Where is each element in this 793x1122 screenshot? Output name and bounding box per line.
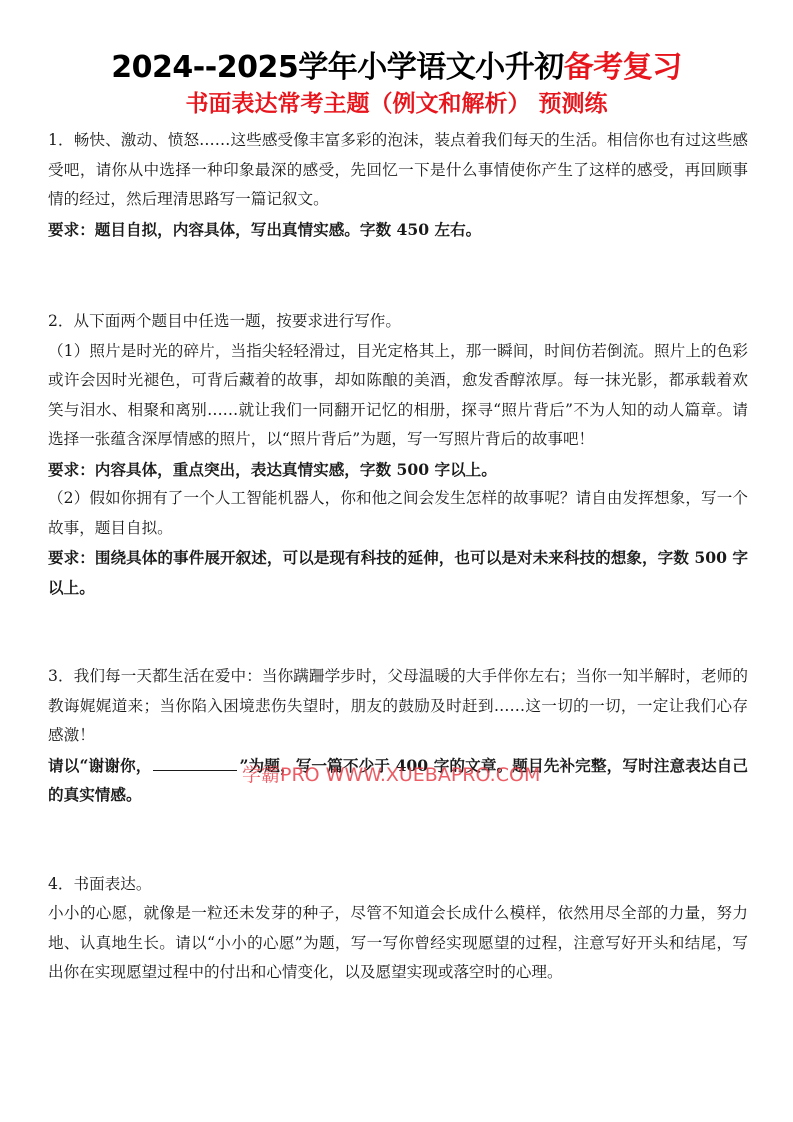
spacer [48, 810, 748, 870]
question-4: 4．书面表达。 小小的心愿，就像是一粒还未发芽的种子，尽管不知道会长成什么模样，… [48, 870, 748, 988]
question-3-requirement-start: 请以“谢谢你， [48, 756, 151, 775]
question-2-option-1: （1）照片是时光的碎片，当指尖轻轻滑过，目光定格其上，那一瞬间，时间仿若倒流。照… [48, 337, 748, 455]
question-3-requirement: 请以“谢谢你，”为题，写一篇不少于 400 字的文章。题目先补完整，写时注意表达… [48, 751, 748, 810]
spacer [48, 244, 748, 307]
page-title: 2024--2025学年小学语文小升初备考复习 [0, 50, 793, 86]
question-1: 1．畅快、激动、愤怒……这些感受像丰富多彩的泡沫，装点着我们每天的生活。相信你也… [48, 126, 748, 244]
fill-in-blank [153, 752, 237, 771]
question-4-body: 小小的心愿，就像是一粒还未发芽的种子，尽管不知道会长成什么模样，依然用尽全部的力… [48, 899, 748, 988]
question-2-option-1-requirement: 要求：内容具体，重点突出，表达真情实感，字数 500 字以上。 [48, 455, 748, 485]
document-body: 1．畅快、激动、愤怒……这些感受像丰富多彩的泡沫，装点着我们每天的生活。相信你也… [48, 126, 748, 988]
title-red-part: 备考复习 [564, 50, 682, 85]
question-2: 2．从下面两个题目中任选一题，按要求进行写作。 （1）照片是时光的碎片，当指尖轻… [48, 307, 748, 602]
question-2-option-2-requirement: 要求：围绕具体的事件展开叙述，可以是现有科技的延伸，也可以是对未来科技的想象，字… [48, 543, 748, 602]
question-4-prompt: 4．书面表达。 [48, 870, 748, 900]
question-3-prompt: 3．我们每一天都生活在爱中：当你蹒跚学步时，父母温暖的大手伴你左右；当你一知半解… [48, 662, 748, 751]
question-2-option-2: （2）假如你拥有了一个人工智能机器人，你和他之间会发生怎样的故事呢？请自由发挥想… [48, 484, 748, 543]
question-1-requirement: 要求：题目自拟，内容具体，写出真情实感。字数 450 左右。 [48, 215, 748, 245]
title-black-part: 2024--2025学年小学语文小升初 [111, 50, 563, 85]
question-1-prompt: 1．畅快、激动、愤怒……这些感受像丰富多彩的泡沫，装点着我们每天的生活。相信你也… [48, 126, 748, 215]
page-subtitle: 书面表达常考主题（例文和解析） 预测练 [0, 88, 793, 120]
question-3: 3．我们每一天都生活在爱中：当你蹒跚学步时，父母温暖的大手伴你左右；当你一知半解… [48, 662, 748, 810]
spacer [48, 602, 748, 662]
question-2-prompt: 2．从下面两个题目中任选一题，按要求进行写作。 [48, 307, 748, 337]
